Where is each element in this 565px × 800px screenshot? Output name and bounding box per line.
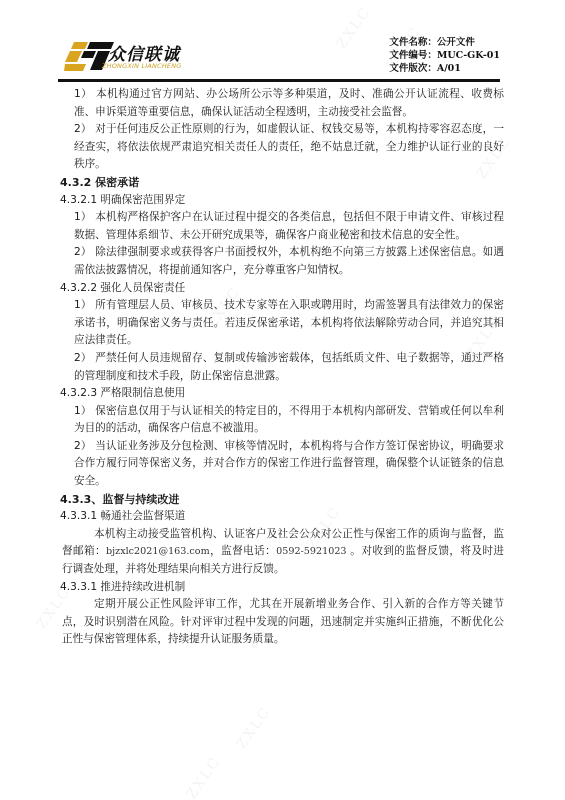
doc-version-value: A/01 — [437, 63, 461, 74]
subsection-heading-4-3-2-2: 4.3.2.2 强化人员保密责任 — [58, 280, 504, 298]
subsection-heading-supervision-channel: 4.3.3.1 畅通社会监督渠道 — [58, 508, 504, 526]
subsection-heading-continuous-improvement: 4.3.3.1 推进持续改进机制 — [58, 579, 504, 597]
supervision-email-link[interactable]: bjzxlc2021@163.com — [106, 546, 210, 557]
doc-version-label: 文件版次： — [389, 63, 437, 74]
list-item: 2） 对于任何违反公正性原则的行为，如虚假认证、权钱交易等，本机构持零容忍态度，… — [58, 121, 504, 174]
section-heading-4-3-3: 4.3.3、监督与持续改进 — [58, 491, 504, 509]
doc-name-row: 文件名称：公开文件 — [389, 36, 500, 49]
list-item: 2） 严禁任何人员违规留存、复制或传输涉密载体，包括纸质文件、电子数据等，通过严… — [58, 350, 504, 385]
subsection-heading-4-3-2-1: 4.3.2.1 明确保密范围界定 — [58, 192, 504, 210]
watermark: ZXLC — [184, 754, 224, 800]
improvement-paragraph: 定期开展公正性风险评审工作，尤其在开展新增业务合作、引入新的合作方等关键节点，及… — [58, 596, 504, 649]
list-item: 2） 除法律强制要求或获得客户书面授权外，本机构绝不向第三方披露上述保密信息。如… — [58, 244, 504, 279]
doc-number-label: 文件编号： — [389, 50, 437, 61]
company-logo: 众信联诚 ZHONGXIN LIANCHENG — [64, 40, 214, 74]
watermark: ZXLC — [234, 704, 274, 752]
document-body: 1） 本机构通过官方网站、办公场所公示等多种渠道，及时、准确公开认证流程、收费标… — [58, 86, 504, 649]
supervision-text: ，监督电话： — [210, 545, 276, 557]
list-item: 2） 当认证业务涉及分包检测、审核等情况时，本机构将与合作方签订保密协议，明确要… — [58, 438, 504, 491]
list-item: 1） 本机构严格保护客户在认证过程中提交的各类信息，包括但不限于申请文件、审核过… — [58, 209, 504, 244]
doc-name-label: 文件名称： — [389, 37, 437, 48]
document-header: 众信联诚 ZHONGXIN LIANCHENG 文件名称：公开文件 文件编号：M… — [58, 28, 500, 78]
section-heading-4-3-2: 4.3.2 保密承诺 — [58, 174, 504, 192]
subsection-heading-4-3-2-3: 4.3.2.3 严格限制信息使用 — [58, 385, 504, 403]
list-item: 1） 本机构通过官方网站、办公场所公示等多种渠道，及时、准确公开认证流程、收费标… — [58, 86, 504, 121]
document-page: ZXLC ZXLC ZXLC ZXLC ZXLC ZXLC ZXLC ZXLC … — [0, 0, 565, 800]
doc-version-row: 文件版次：A/01 — [389, 62, 500, 75]
doc-number-row: 文件编号：MUC-GK-01 — [389, 49, 500, 62]
doc-number-value: MUC-GK-01 — [437, 50, 500, 61]
doc-name-value: 公开文件 — [437, 37, 475, 48]
list-item: 1） 所有管理层人员、审核员、技术专家等在入职或聘用时，均需签署具有法律效力的保… — [58, 297, 504, 350]
supervision-paragraph: 本机构主动接受监管机构、认证客户及社会公众对公正性与保密工作的质询与监督，监督邮… — [58, 526, 504, 579]
supervision-phone: 0592-5921023 — [276, 546, 346, 557]
document-meta: 文件名称：公开文件 文件编号：MUC-GK-01 文件版次：A/01 — [389, 36, 500, 75]
header-divider — [58, 79, 500, 82]
list-item: 1） 保密信息仅用于与认证相关的特定目的，不得用于本机构内部研发、营销或任何以牟… — [58, 403, 504, 438]
logo-english-name: ZHONGXIN LIANCHENG — [102, 62, 182, 70]
